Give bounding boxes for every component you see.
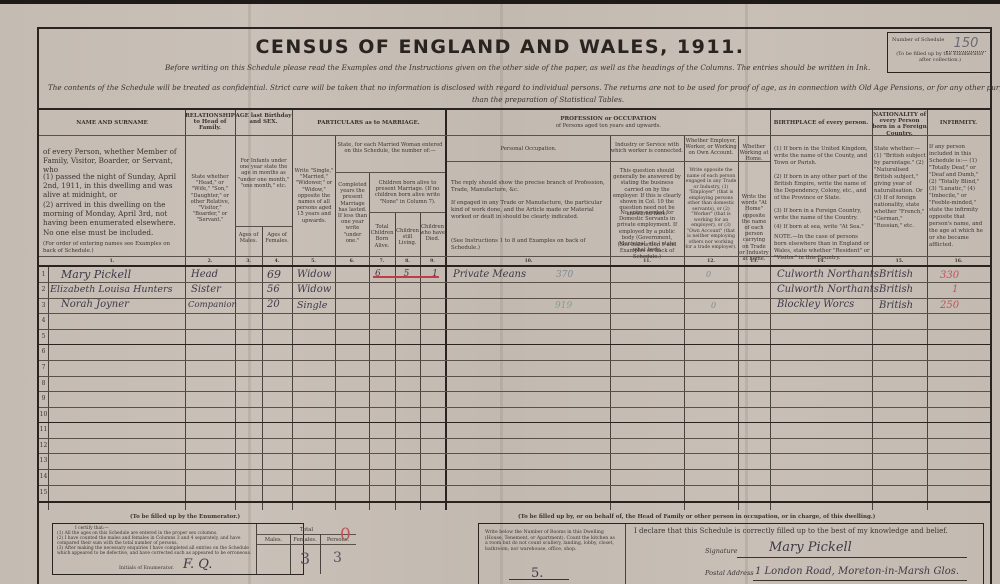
employer-header: Whether Employer, Worker, or Working on … — [684, 138, 738, 157]
age-males-label: Ages of Males. — [235, 232, 262, 244]
enumerator-header: (To be filled up by the Enumerator.) — [130, 514, 240, 520]
industry-instr-3: (See Instruction 9 and Examples on back … — [612, 242, 682, 261]
age-instructions: For Infants under one year state the age… — [237, 158, 290, 189]
name-note: No one else must be included. — [43, 228, 183, 237]
infirmity-instr: If any person included in this Schedule … — [929, 144, 987, 249]
row-number: 9 — [39, 395, 48, 402]
entry-relationship: Sister — [191, 284, 221, 295]
entry-birthplace: Culworth Northants — [777, 269, 879, 280]
birthplace-instr-3: (3) If born in a Foreign Country, write … — [774, 208, 870, 222]
row-number: 10 — [39, 411, 48, 418]
col-number: 14. — [770, 259, 872, 264]
marriage-condition-instr: Write "Single," "Married," "Widower," or… — [294, 168, 334, 224]
row-number: 5 — [39, 333, 48, 340]
col-number: 6. — [335, 259, 369, 264]
entry-age-female: 56 — [267, 284, 280, 295]
entry-condition: Single — [297, 300, 327, 311]
birthplace-instr-2: (2) If born in any other part of the Bri… — [774, 174, 870, 202]
entry-age-female: 69 — [267, 268, 281, 281]
declaration-box: Write below the Number of Rooms in this … — [478, 523, 984, 584]
schedule-number-box: Number of Schedule 150 (To be filled up … — [887, 32, 992, 73]
children-total-label: Total Children Born Alive. — [369, 224, 395, 249]
entry-condition: Widow — [297, 269, 331, 280]
entry-condition: Widow — [297, 284, 331, 295]
entry-infirmity-code: 1 — [952, 284, 958, 295]
entry-children: 6 5 1 — [375, 269, 448, 279]
row-number: 11 — [39, 426, 48, 433]
number-of-rooms: 5. — [531, 566, 543, 581]
entry-relationship: Companion — [188, 300, 237, 310]
scan-edge — [0, 0, 1000, 4]
total-persons: 3 — [333, 550, 342, 566]
entry-occupation-code: 919 — [555, 301, 572, 311]
address-label: Postal Address — [705, 570, 754, 577]
entry-occupation-code: 370 — [556, 270, 573, 280]
schedule-number-label: Number of Schedule — [892, 37, 944, 43]
col-number: 7. — [369, 259, 395, 264]
row-number: 4 — [39, 317, 48, 324]
schedule-number-note: (To be filled up by the Enumerator after… — [892, 51, 988, 63]
col-number: 16. — [927, 259, 990, 264]
certify-item-2: (2) I have counted the males and females… — [57, 536, 253, 546]
household-header: (To be filled up by, or on behalf of, th… — [518, 514, 875, 520]
row-number: 6 — [39, 348, 48, 355]
header-birthplace: BIRTHPLACE of every person. — [770, 120, 872, 126]
years-married-instr: Completed years the present Marriage has… — [336, 182, 369, 244]
row-number: 13 — [39, 457, 48, 464]
entry-nationality: British — [879, 300, 913, 311]
header-infirmity: INFIRMITY. — [927, 120, 990, 126]
row-number: 1 — [39, 271, 48, 278]
census-table: NAME AND SURNAME of every Person, whethe… — [39, 108, 990, 508]
personal-occupation-instr-2: If engaged in any Trade or Manufacture, … — [451, 200, 607, 221]
name-order-note: (For order of entering names see Example… — [43, 241, 183, 255]
personal-occupation-instr-1: The reply should show the precise branch… — [451, 180, 607, 194]
confidential-line-2: than the preparation of Statistical Tabl… — [472, 95, 624, 104]
relationship-instructions: State whether "Head," or "Wife," "Son," … — [187, 174, 233, 224]
age-females-label: Ages of Females. — [262, 232, 292, 244]
document-title: CENSUS OF ENGLAND AND WALES, 1911. — [0, 36, 1000, 58]
col-number: 4. — [262, 259, 292, 264]
total-females: 3 — [300, 549, 310, 568]
col-number: 12. — [684, 259, 738, 264]
col-number: 8. — [395, 259, 420, 264]
declaration-text: I declare that this Schedule is correctl… — [634, 528, 948, 535]
row-number: 14 — [39, 473, 48, 480]
col-number: 13. — [738, 259, 770, 264]
occupation-subheader: of Persons aged ten years and upwards. — [447, 123, 770, 129]
males-label: Males. — [257, 537, 290, 543]
entry-age-female: 20 — [267, 299, 280, 310]
header-name: NAME AND SURNAME — [39, 120, 185, 126]
entry-employer-code: 0 — [706, 270, 711, 279]
industry-header: Industry or Service with which worker is… — [610, 142, 684, 154]
name-instruction-2: (2) arrived in this dwelling on the morn… — [43, 200, 183, 227]
entry-nationality: British — [879, 284, 913, 295]
at-home-header: Whether Working at Home. — [738, 144, 770, 163]
postal-address: 1 London Road, Moreton-in-Marsh Glos. — [755, 566, 959, 577]
col-number: 1. — [39, 259, 185, 264]
name-instruction-1: (1) passed the night of Sunday, April 2n… — [43, 172, 183, 199]
birthplace-instr-1: (1) If born in the United Kingdom, write… — [774, 146, 870, 167]
married-women-instr: State, for each Married Woman entered on… — [337, 142, 443, 154]
entry-name: Norah Joyner — [61, 299, 129, 310]
personal-occupation-instr-3: (See Instructions 1 to 8 and Examples on… — [451, 238, 607, 252]
entry-nationality: British — [879, 269, 913, 280]
row-number: 7 — [39, 364, 48, 371]
signature-label: Signature — [705, 548, 738, 555]
entry-occupation: Private Means — [453, 269, 526, 280]
row-number: 8 — [39, 380, 48, 387]
header-marriage: PARTICULARS as to MARRIAGE. — [292, 120, 445, 126]
row-number: 3 — [39, 302, 48, 309]
children-died-label: Children who have Died. — [420, 224, 445, 243]
row-number: 15 — [39, 489, 48, 496]
header-nationality: NATIONALITY of every Person born in a Fo… — [872, 112, 927, 137]
enumerator-initials: F. Q. — [183, 557, 212, 572]
children-living-label: Children still Living. — [395, 228, 420, 247]
col-number: 10. — [447, 259, 610, 264]
row-number: 2 — [39, 286, 48, 293]
signature: Mary Pickell — [769, 540, 852, 555]
employer-instr: Write opposite the name of each person e… — [685, 168, 737, 251]
entry-birthplace: Blockley Worcs — [777, 299, 854, 310]
header-age: AGE last Birthday and SEX. — [235, 113, 292, 125]
confidential-line: The contents of the Schedule will be tre… — [48, 83, 1000, 92]
name-instructions: of every Person, whether Member of Famil… — [43, 147, 183, 174]
entry-infirmity-code: 250 — [940, 300, 959, 311]
col-number: 2. — [185, 259, 235, 264]
entry-home-code: 0 — [711, 301, 716, 310]
col-number: 5. — [292, 259, 335, 264]
red-margin-mark: 0 — [340, 525, 351, 545]
header-occupation: PROFESSION or OCCUPATION — [447, 116, 770, 122]
initials-label: Initials of Enumerator. — [119, 565, 174, 572]
certify-item-3: (3) After making the necessary enquiries… — [57, 546, 253, 556]
red-strikethrough — [373, 276, 439, 278]
personal-occupation-header: Personal Occupation. — [447, 146, 610, 152]
entry-name: Elizabeth Louisa Hunters — [50, 284, 172, 295]
birthplace-instr-4: (4) If born at sea, write "At Sea." — [774, 224, 870, 231]
col-number: 3. — [235, 259, 262, 264]
birthplace-note: NOTE.—In the case of persons born elsewh… — [774, 234, 870, 262]
instruction-line: Before writing on this Schedule please r… — [165, 63, 870, 72]
at-home-instr: Write the words "At Home" opposite the n… — [739, 194, 769, 262]
enumerator-box: I certify that:— (1) All the ages on thi… — [52, 523, 304, 575]
females-label: Females. — [290, 537, 320, 543]
entry-name: Mary Pickell — [61, 268, 131, 281]
entry-birthplace: Culworth Northants — [777, 284, 879, 295]
header-relationship: RELATIONSHIP to Head of Family. — [185, 113, 235, 132]
schedule-number-value: 150 — [946, 36, 986, 52]
nationality-instr: State whether:— (1) "British subject by … — [874, 146, 926, 230]
rooms-instructions: Write below the Number of Rooms in this … — [485, 530, 619, 552]
col-number: 9. — [420, 259, 445, 264]
row-number: 12 — [39, 442, 48, 449]
col-number: 11. — [610, 259, 684, 264]
entry-infirmity-code: 330 — [940, 270, 959, 281]
col-number: 15. — [872, 259, 927, 264]
entry-relationship: Head — [191, 269, 218, 280]
children-born-instr: Children born alive to present Marriage.… — [370, 180, 445, 205]
